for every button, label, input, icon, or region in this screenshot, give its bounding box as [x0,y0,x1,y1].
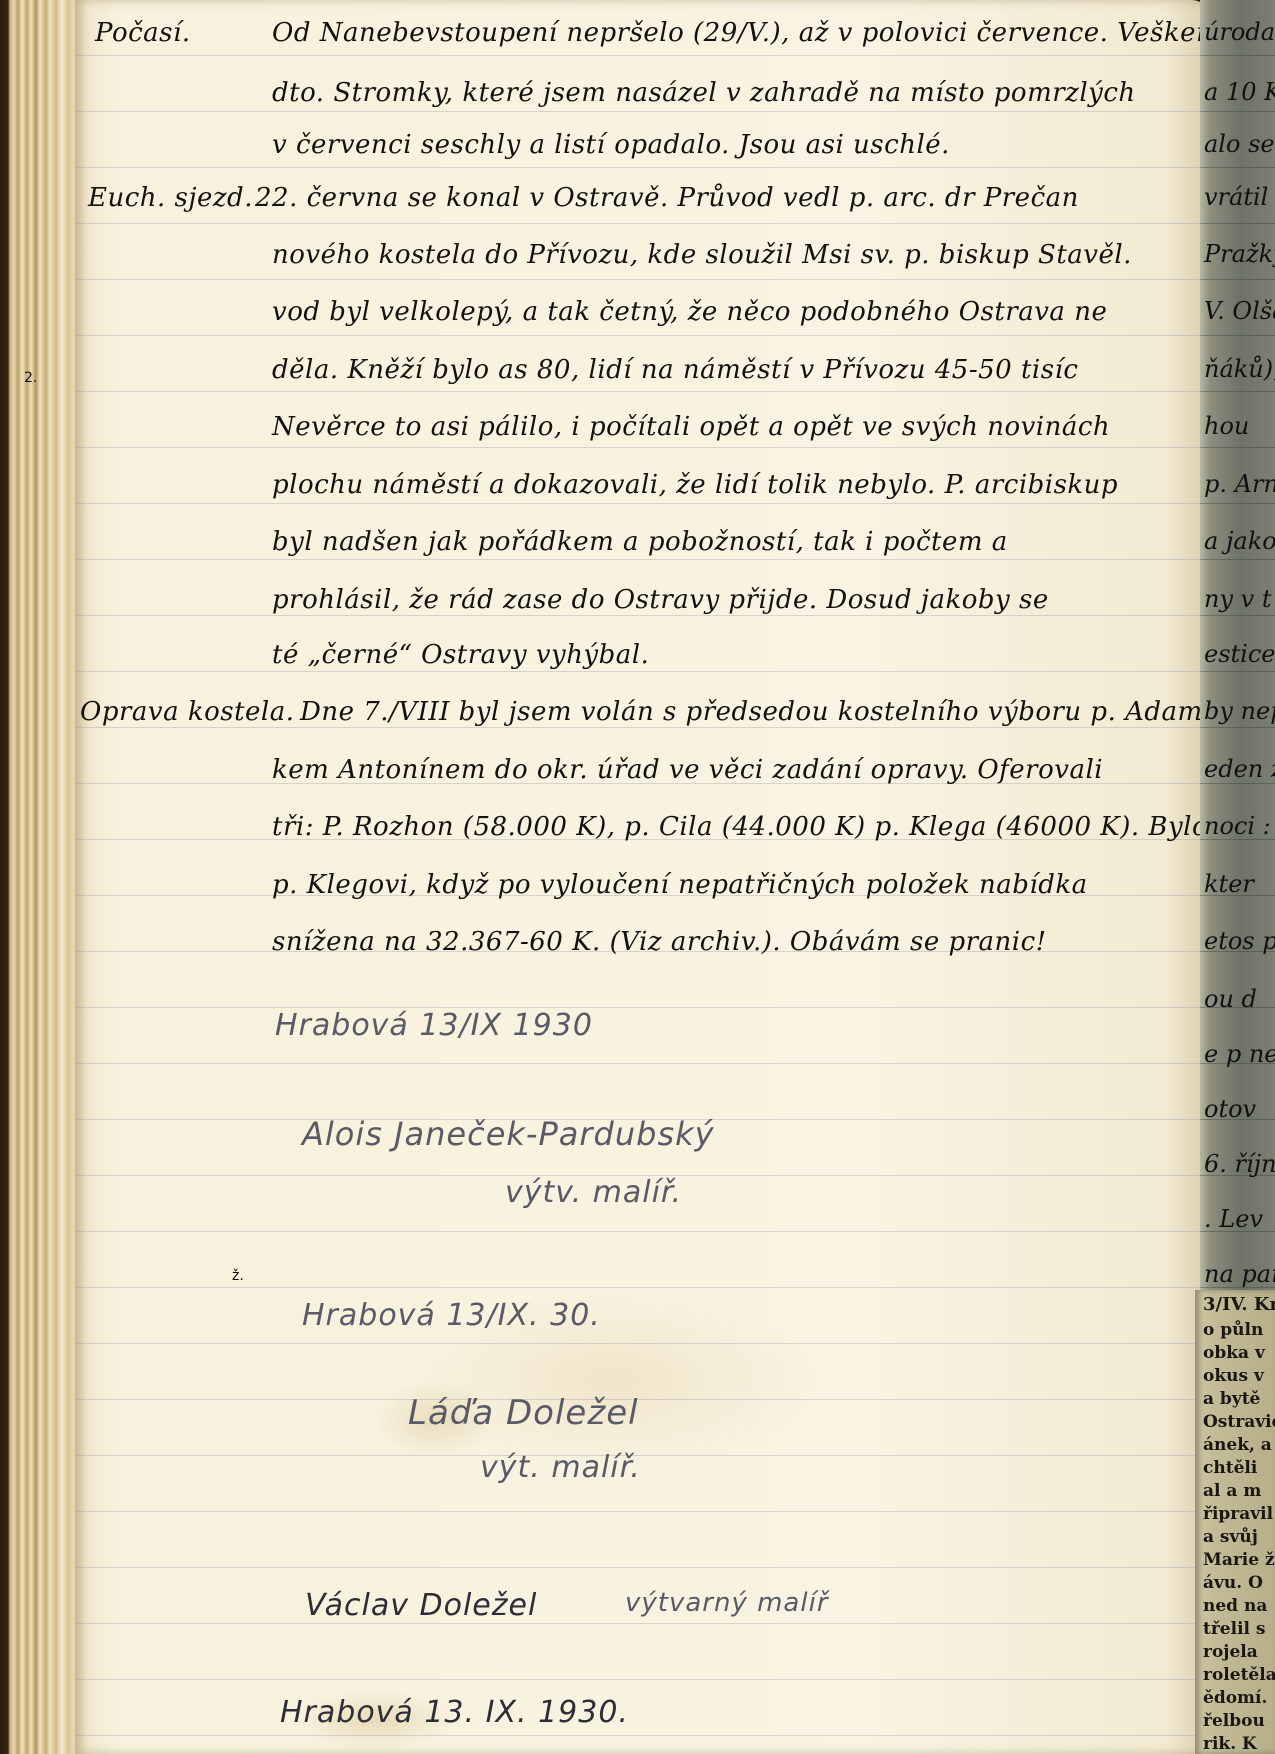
book-page-edges [0,0,75,1754]
clipping-line: ned na [1203,1598,1267,1615]
next-page-fragment: p. Arni [1204,470,1275,498]
margin-mark: 2. [24,370,37,386]
next-page-fragment: vrátil cích [1204,183,1275,211]
clipping-line: roletěla [1203,1667,1275,1684]
entry-line: Od Nanebevstoupení nepršelo (29/V.), až … [272,18,1275,48]
next-page-fragment: etos p [1204,927,1275,955]
signature-place-date: Hrabová 13/IX. 30. [302,1298,601,1333]
clipping-line: al a m [1203,1483,1261,1500]
signature-name: Alois Janeček-Pardubský [302,1115,715,1153]
entry-line: byl nadšen jak pořádkem a pobožností, ta… [272,527,1008,557]
next-page-fragment: otov [1204,1095,1256,1123]
clipping-line: ědomí. [1203,1690,1267,1707]
next-page-fragment: alo se [1204,130,1275,158]
clipping-line: chtěli [1203,1460,1257,1477]
next-page-fragment: estice p [1204,640,1275,668]
entry-line: dto. Stromky, které jsem nasázel v zahra… [272,78,1136,108]
entry-line: prohlásil, že rád zase do Ostravy přijde… [272,585,1049,615]
entry-line: Nevěrce to asi pálilo, i počítali opět a… [272,412,1110,442]
next-page-fragment: ňáků), [1204,355,1275,383]
next-page-fragment: eden z [1204,755,1275,783]
entry-line: Dne 7./VIII byl jsem volán s předsedou k… [300,697,1203,727]
clipping-line: a svůj [1203,1529,1258,1546]
next-page-fragment: úroda [1204,18,1275,46]
clipping-line: obka v [1203,1345,1265,1362]
signature-name: Láďa Doležel [408,1393,639,1433]
clipping-line: řipravil [1203,1506,1273,1523]
next-page-fragment: V. Olša [1204,297,1275,325]
entry-line: nového kostela do Přívozu, kde sloužil M… [272,240,1132,270]
clipping-line: ávu. O [1203,1575,1263,1592]
entry-line: vod byl velkolepý, a tak četný, že něco … [272,297,1107,327]
next-page-fragment: noci : [1204,812,1271,840]
next-page-fragment: ou d [1204,985,1257,1013]
signature-title: výtv. malíř. [505,1175,682,1210]
clipping-line: Ostravic [1203,1414,1275,1431]
margin-mark: ž. [232,1268,244,1284]
clipping-line: třelil s [1203,1621,1266,1638]
newspaper-clipping: 3/IV. Krv o půln obka v okus v a bytě Os… [1195,1290,1275,1754]
next-page-fragment: Pražky p [1204,240,1275,268]
entry-line: děla. Kněží bylo as 80, lidí na náměstí … [272,355,1078,385]
entry-line: tři: P. Rozhon (58.000 K), p. Cila (44.0… [272,812,1275,842]
clipping-line: ánek, a [1203,1437,1272,1454]
entry-line: té „černé“ Ostravy vyhýbal. [272,640,649,670]
entry-label-eucharistic-congress: Euch. sjezd. [88,183,253,213]
clipping-line: okus v [1203,1368,1264,1385]
clipping-line: rik. K [1203,1736,1257,1753]
entry-line: v červenci seschly a listí opadalo. Jsou… [272,130,950,160]
clipping-header: 3/IV. Krv [1203,1296,1275,1314]
next-page-fragment: . Lev [1204,1205,1263,1233]
entry-label-church-repair: Oprava kostela. [80,697,295,727]
next-page-fragment: a 10 K [1204,78,1275,106]
next-page-edge: úroda a 10 K alo se vrátil cích Pražky p… [1200,0,1275,1290]
clipping-line: rojela [1203,1644,1258,1661]
next-page-fragment: kter [1204,870,1254,898]
clipping-line: řelbou [1203,1713,1265,1730]
clipping-line: Marie ž [1203,1552,1275,1569]
next-page-fragment: by nep [1204,697,1275,725]
next-page-fragment: ny v t [1204,585,1271,613]
entry-line: 22. června se konal v Ostravě. Průvod ve… [255,183,1079,213]
clipping-line: a bytě [1203,1391,1260,1408]
signature-place-date: Hrabová 13/IX 1930 [275,1008,593,1043]
entry-line: snížena na 32.367-60 K. (Viz archiv.). O… [272,927,1047,957]
next-page-fragment: hou [1204,412,1249,440]
next-page-fragment: na par [1204,1260,1275,1288]
signature-title: výt. malíř. [480,1450,641,1485]
signature-name: Václav Doležel [305,1588,537,1623]
entry-line: plochu náměstí a dokazovali, že lidí tol… [272,470,1118,500]
entry-label-weather: Počasí. [95,18,191,48]
clipping-line: o půln [1203,1322,1263,1339]
entry-line: kem Antonínem do okr. úřad ve věci zadán… [272,755,1103,785]
signature-place-date: Hrabová 13. IX. 1930. [280,1695,629,1730]
entry-line: p. Klegovi, když po vyloučení nepatřičný… [272,870,1088,900]
next-page-fragment: 6. října [1204,1150,1275,1178]
next-page-fragment: e p ne [1204,1040,1275,1068]
signature-title: výtvarný malíř [625,1588,829,1618]
next-page-fragment: a jako vž [1204,527,1275,555]
